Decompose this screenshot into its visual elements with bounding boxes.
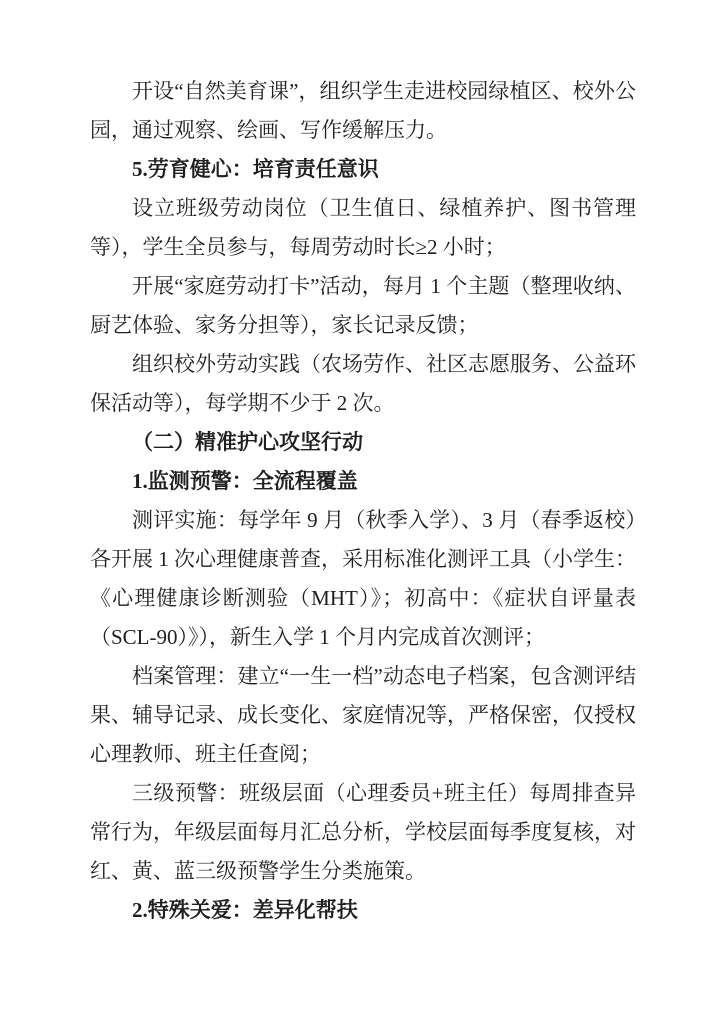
paragraph-off-campus-labor-practice: 组织校外劳动实践（农场劳作、社区志愿服务、公益环保活动等），每学期不少于 2 次… (90, 345, 636, 423)
paragraph-archive-management: 档案管理：建立“一生一档”动态电子档案，包含测评结果、辅导记录、成长变化、家庭情… (90, 657, 636, 774)
heading-section-2-precise-care-action: （二）精准护心攻坚行动 (90, 423, 636, 462)
heading-1-monitoring-warning: 1.监测预警：全流程覆盖 (90, 462, 636, 501)
paragraph-family-labor-checkin: 开展“家庭劳动打卡”活动，每月 1 个主题（整理收纳、厨艺体验、家务分担等），家… (90, 267, 636, 345)
paragraph-class-labor-posts: 设立班级劳动岗位（卫生值日、绿植养护、图书管理等），学生全员参与，每周劳动时长≥… (90, 189, 636, 267)
heading-5-labor-education: 5.劳育健心：培育责任意识 (90, 150, 636, 189)
paragraph-assessment-implementation: 测评实施：每学年 9 月（秋季入学）、3 月（春季返校）各开展 1 次心理健康普… (90, 501, 636, 657)
paragraph-three-level-warning: 三级预警：班级层面（心理委员+班主任）每周排查异常行为，年级层面每月汇总分析，学… (90, 774, 636, 891)
document-page: 开设“自然美育课”，组织学生走进校园绿植区、校外公园，通过观察、绘画、写作缓解压… (0, 0, 724, 1024)
document-body: 开设“自然美育课”，组织学生走进校园绿植区、校外公园，通过观察、绘画、写作缓解压… (90, 72, 636, 930)
heading-2-special-care: 2.特殊关爱：差异化帮扶 (90, 891, 636, 930)
paragraph-nature-aesthetic-course: 开设“自然美育课”，组织学生走进校园绿植区、校外公园，通过观察、绘画、写作缓解压… (90, 72, 636, 150)
